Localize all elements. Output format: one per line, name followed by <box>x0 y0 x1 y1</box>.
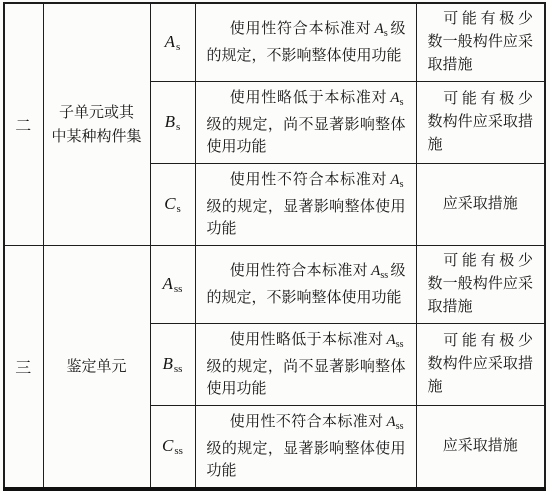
group-name-line: 中某种构件集 <box>44 125 150 149</box>
grade-ref-letter: A <box>375 21 384 37</box>
grade-symbol-cell: Css <box>150 406 195 444</box>
grade-ref-subscript: ss <box>396 339 404 350</box>
document-page: 二 子单元或其 中某种构件集 As 使用性符合本标准对As级的规定，不影响整体使… <box>3 2 546 443</box>
description-text: 级的规定，显著影响整体使用功能 <box>207 199 406 237</box>
grade-symbol-cell: Ass <box>150 246 195 324</box>
grade-ref-letter: A <box>387 414 396 430</box>
grade-description-cell: 使用性略低于本标准对Ass级的规定，尚不显著影响整体使用功能 <box>195 324 416 406</box>
description-text: 级的规定，尚不显著影响整体使用功能 <box>207 117 406 155</box>
measure-text: 可能有极少数一般构件应采取措施 <box>417 4 545 81</box>
appraisal-grade-table: 二 子单元或其 中某种构件集 As 使用性符合本标准对As级的规定，不影响整体使… <box>3 2 546 443</box>
grade-ref-letter: A <box>390 90 399 106</box>
measure-cell: 可能有极少数构件应采取措施 <box>416 82 545 164</box>
grade-ref-letter: A <box>387 332 396 348</box>
measure-cell: 可能有极少数一般构件应采取措施 <box>416 246 545 324</box>
grade-symbol-cell: Cs <box>150 164 195 246</box>
grade-ref-subscript: s <box>400 97 404 108</box>
grade-ref-subscript: ss <box>380 270 388 281</box>
grade-description-cell: 使用性略低于本标准对As级的规定，尚不显著影响整体使用功能 <box>195 82 416 164</box>
measure-text: 可能有极少数构件应采取措施 <box>417 84 545 161</box>
description-text: 使用性略低于本标准对 <box>230 90 388 106</box>
description-text: 使用性符合本标准对 <box>230 263 368 279</box>
description-text: 使用性不符合本标准对 <box>230 414 384 430</box>
group-number-cell: 二 <box>4 3 43 246</box>
measure-cell: 可能有极少数一般构件应采取措施 <box>416 3 545 82</box>
grade-letter: C <box>164 194 175 213</box>
measure-text: 可能有极少数构件应采取措施 <box>417 326 545 403</box>
grade-ref-subscript: s <box>384 28 388 39</box>
grade-description-cell: 使用性不符合本标准对Ass级的规定，显著影响整体使用功能 <box>195 406 416 444</box>
grade-subscript: ss <box>174 363 183 375</box>
grade-description-cell: 使用性不符合本标准对As级的规定，显著影响整体使用功能 <box>195 164 416 246</box>
grade-description-cell: 使用性符合本标准对As级的规定，不影响整体使用功能 <box>195 3 416 82</box>
grade-letter: A <box>165 32 175 51</box>
measure-cell: 应采取措施 <box>416 164 545 246</box>
grade-letter: B <box>163 354 173 373</box>
grade-letter: A <box>163 274 173 293</box>
measure-text: 可能有极少数一般构件应采取措施 <box>417 246 545 323</box>
grade-subscript: s <box>176 41 180 53</box>
grade-symbol-cell: Bs <box>150 82 195 164</box>
grade-symbol-cell: Bss <box>150 324 195 406</box>
group-number-cell: 三 <box>4 246 43 444</box>
group-name-line: 子单元或其 <box>44 101 150 125</box>
grade-letter: B <box>165 112 175 131</box>
measure-cell: 应采取措施 <box>416 406 545 444</box>
grade-subscript: ss <box>174 283 183 295</box>
measure-text: 应采取措施 <box>417 189 545 220</box>
grade-subscript: s <box>176 121 180 133</box>
grade-letter: C <box>162 436 173 443</box>
grade-description-cell: 使用性符合本标准对Ass级的规定，不影响整体使用功能 <box>195 246 416 324</box>
description-text: 级的规定，尚不显著影响整体使用功能 <box>207 359 406 397</box>
grade-symbol-cell: As <box>150 3 195 82</box>
measure-text: 应采取措施 <box>417 431 545 443</box>
group-name-cell: 子单元或其 中某种构件集 <box>43 3 150 246</box>
grade-subscript: s <box>177 203 181 215</box>
grade-ref-letter: A <box>390 172 399 188</box>
table-row: 三 鉴定单元 Ass 使用性符合本标准对Ass级的规定，不影响整体使用功能 可能… <box>4 246 545 324</box>
grade-ref-letter: A <box>371 263 380 279</box>
table-row: 二 子单元或其 中某种构件集 As 使用性符合本标准对As级的规定，不影响整体使… <box>4 3 545 82</box>
measure-cell: 可能有极少数构件应采取措施 <box>416 324 545 406</box>
group-name-cell: 鉴定单元 <box>43 246 150 444</box>
grade-ref-subscript: ss <box>396 421 404 432</box>
description-text: 使用性不符合本标准对 <box>230 172 388 188</box>
description-text: 使用性符合本标准对 <box>230 21 372 37</box>
description-text: 使用性略低于本标准对 <box>230 332 384 348</box>
group-name-line: 鉴定单元 <box>44 355 150 379</box>
grade-ref-subscript: s <box>400 179 404 190</box>
